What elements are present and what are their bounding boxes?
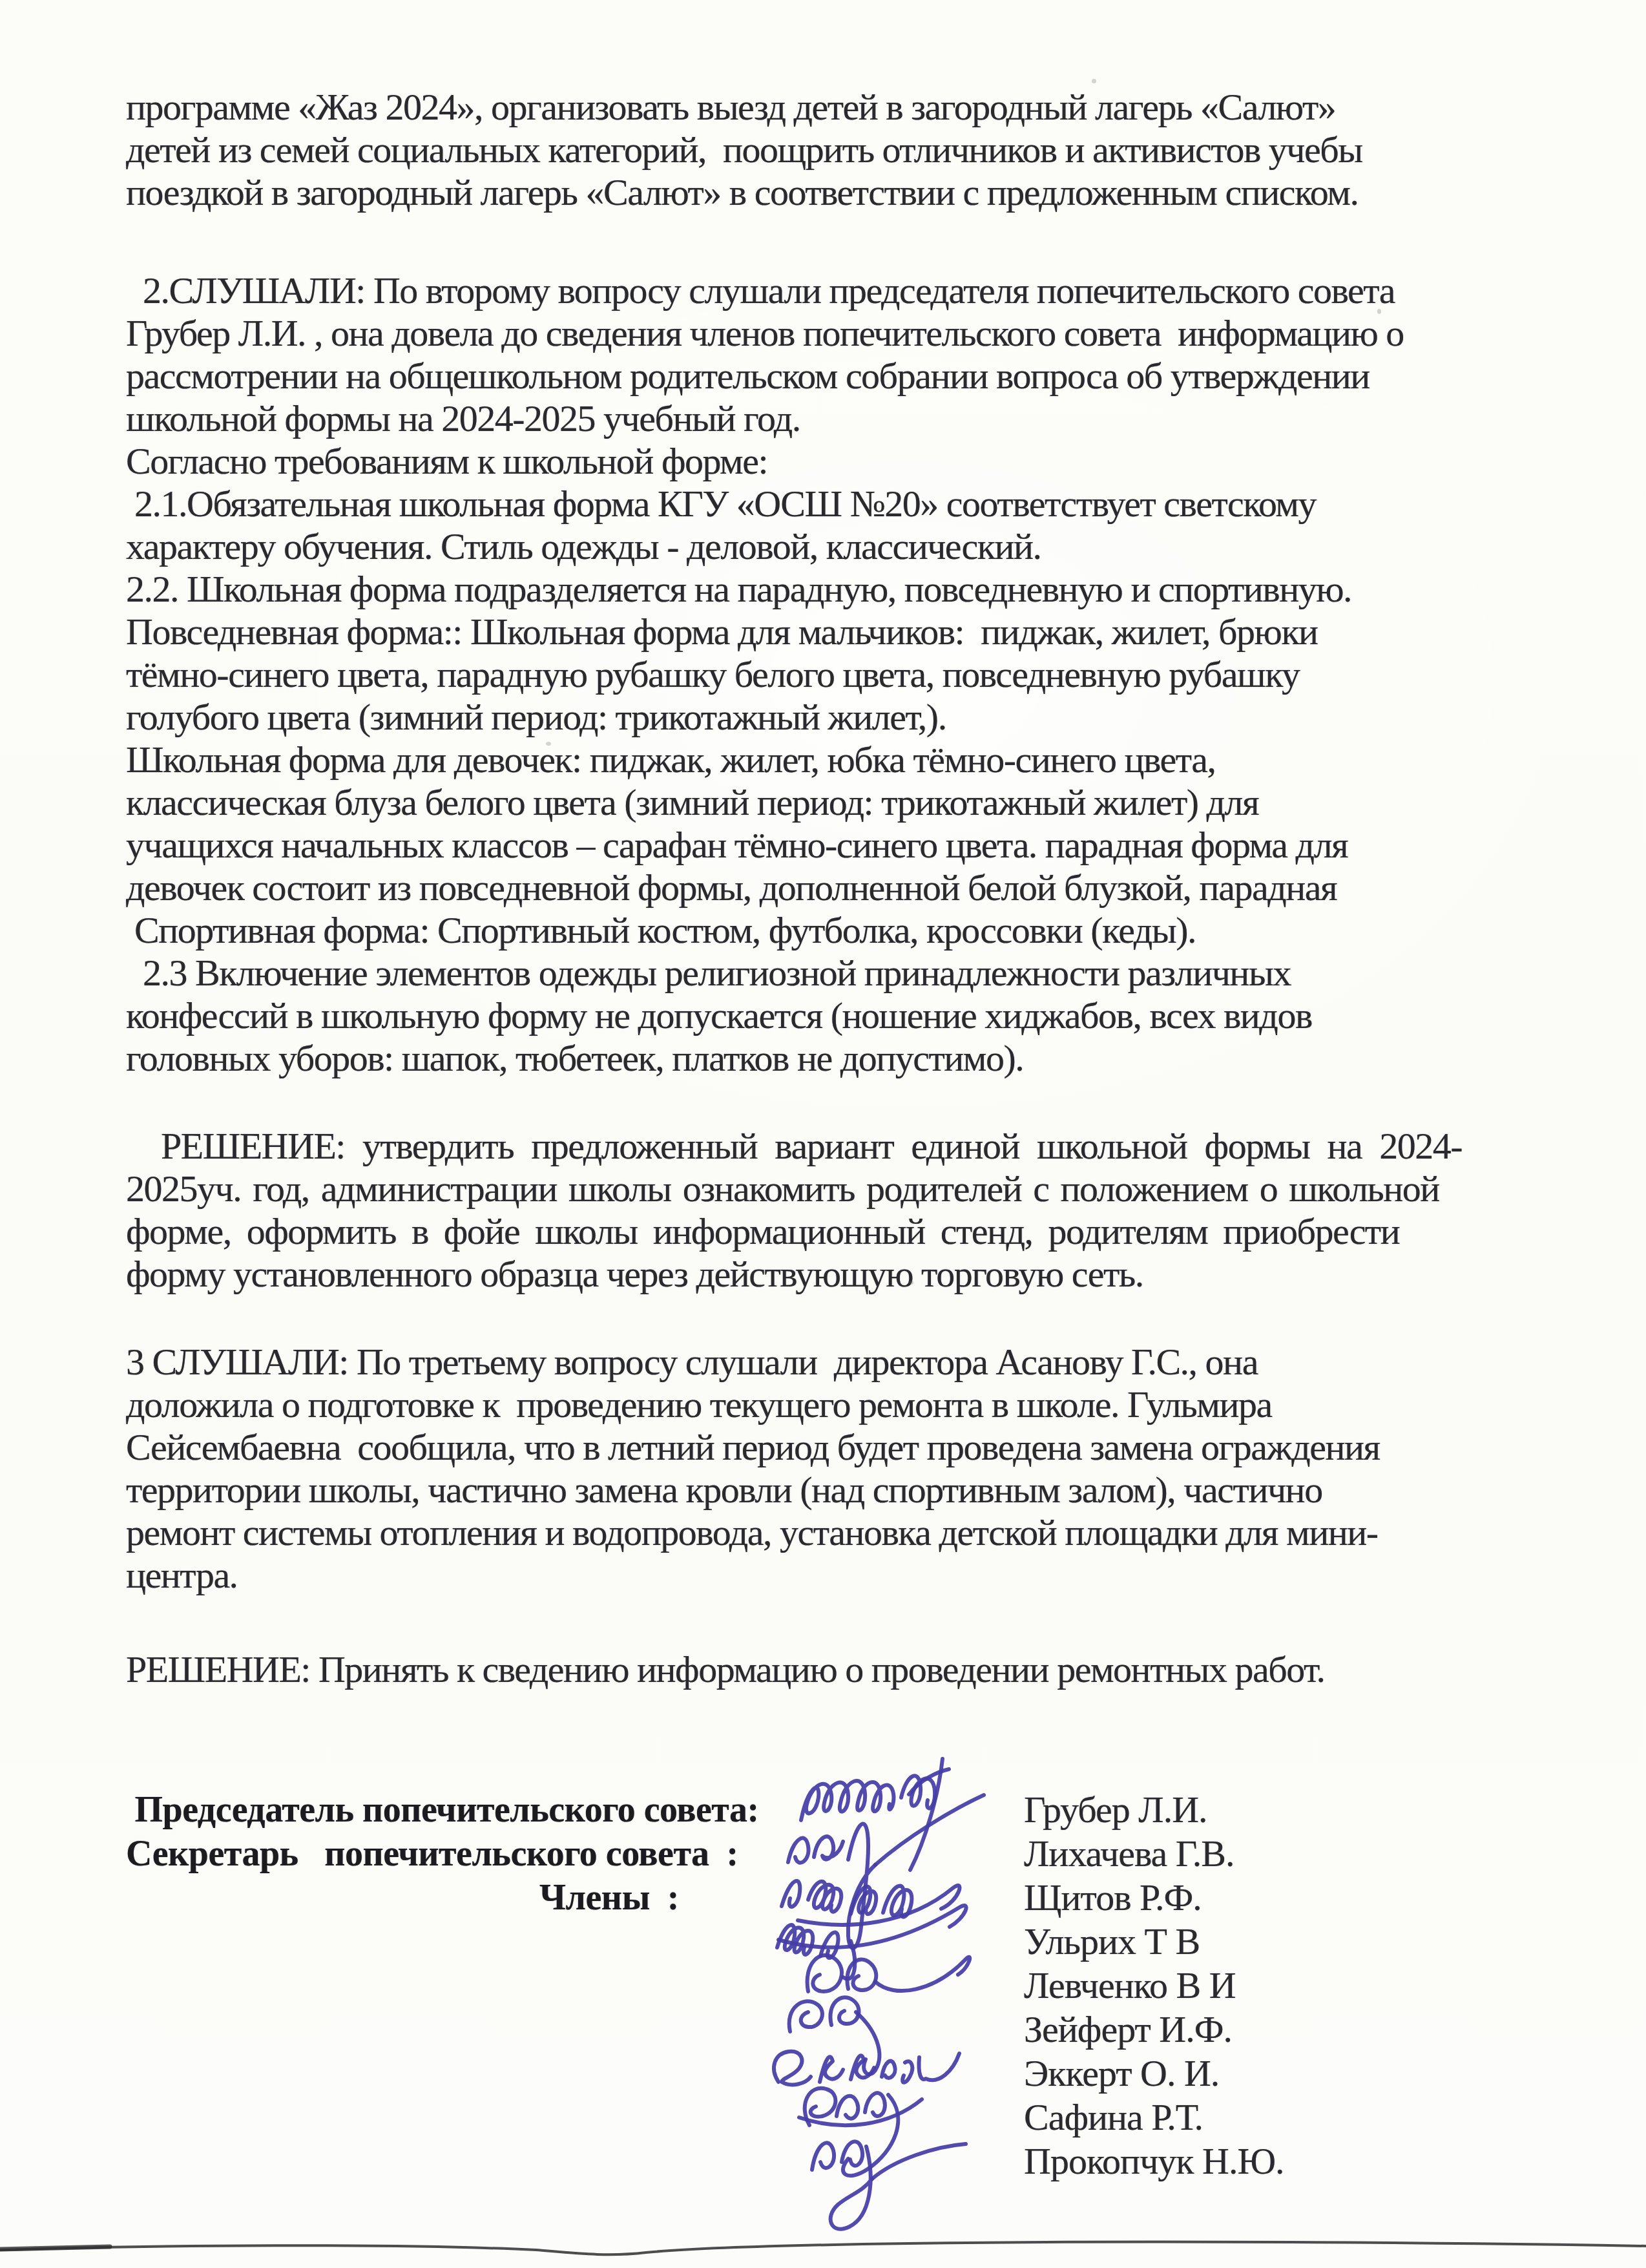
text-line: классическая блуза белого цвета (зимний … [126,781,1646,824]
scan-speck [546,742,551,746]
signing-row: Председатель попечительского совета: Гру… [126,1788,1612,1832]
signing-row: Эккерт О. И. [126,2052,1612,2095]
text-line: рассмотрении на общешкольном родительско… [126,355,1646,397]
paragraph-1: программе «Жаз 2024», организовать выезд… [126,86,1646,214]
text-line: голубого цвета (зимний период: трикотажн… [126,696,1646,739]
scanned-document-page: программе «Жаз 2024», организовать выезд… [0,0,1646,2268]
signer-name: Эккерт О. И. [1024,2052,1219,2095]
signing-row: Сафина Р.Т. [126,2095,1612,2139]
text-line: 2.3 Включение элементов одежды религиозн… [126,952,1646,994]
text-line: ремонт системы отопления и водопровода, … [126,1511,1646,1554]
paragraph-3-slushali: 3 СЛУШАЛИ: По третьему вопросу слушали д… [126,1341,1646,1597]
resolution-line: РЕШЕНИЕ: утвердить предложенный вариант … [126,1125,1646,1168]
text-line: 3 СЛУШАЛИ: По третьему вопросу слушали д… [126,1341,1646,1383]
signing-row: Секретарь попечительского совета : Лихач… [126,1832,1612,1876]
scan-speck [1092,79,1096,83]
signature-block: Председатель попечительского совета: Гру… [126,1788,1612,2183]
text-line: 2.1.Обязательная школьная форма КГУ «ОСШ… [126,483,1646,525]
text-line: Грубер Л.И. , она довела до сведения чле… [126,312,1646,355]
resolution-2: РЕШЕНИЕ: Принять к сведению информацию о… [126,1648,1646,1691]
text-line: Спортивная форма: Спортивный костюм, фут… [126,909,1646,952]
signer-name: Сафина Р.Т. [1024,2095,1203,2139]
signer-name: Щитов Р.Ф. [1024,1876,1202,1920]
signing-role-label: Председатель попечительского совета: [126,1788,759,1832]
resolution-line: форме, оформить в фойе школы информацион… [126,1210,1646,1253]
text-line: поездкой в загородный лагерь «Салют» в с… [126,171,1646,214]
text-line: Согласно требованиям к школьной форме: [126,440,1646,483]
signer-name: Левченко В И [1024,1964,1236,2008]
document-body: программе «Жаз 2024», организовать выезд… [0,0,1646,2183]
text-line: программе «Жаз 2024», организовать выезд… [126,86,1646,129]
text-line: доложила о подготовке к проведению текущ… [126,1383,1646,1426]
resolution-line: 2025уч. год, администрации школы ознаком… [126,1168,1646,1210]
signer-name: Лихачева Г.В. [1024,1832,1234,1876]
text-line: учащихся начальных классов – сарафан тём… [126,824,1646,866]
text-line: территории школы, частично замена кровли… [126,1469,1646,1511]
resolution-1: РЕШЕНИЕ: утвердить предложенный вариант … [126,1125,1646,1296]
text-line: конфессий в школьную форму не допускаетс… [126,994,1646,1037]
text-line: девочек состоит из повседневной формы, д… [126,866,1646,909]
signing-row: Прокопчук Н.Ю. [126,2139,1612,2183]
text-line: тёмно-синего цвета, парадную рубашку бел… [126,653,1646,696]
text-line: 2.2. Школьная форма подразделяется на па… [126,568,1646,611]
text-line: школьной формы на 2024-2025 учебный год. [126,397,1646,440]
text-line: центра. [126,1554,1646,1597]
text-line: Школьная форма для девочек: пиджак, жиле… [126,739,1646,781]
scan-speck [910,1281,913,1285]
signer-name: Грубер Л.И. [1024,1788,1207,1832]
resolution-line: РЕШЕНИЕ: Принять к сведению информацию о… [126,1648,1646,1691]
paragraph-2-slushali: 2.СЛУШАЛИ: По второму вопросу слушали пр… [126,269,1646,1080]
signing-role-label: Члены : [539,1876,679,1920]
scan-speck [1377,309,1381,314]
signer-name: Зейферт И.Ф. [1024,2008,1232,2052]
signer-name: Ульрих Т В [1024,1920,1200,1964]
resolution-line: форму установленного образца через дейст… [126,1253,1646,1296]
signing-row: Левченко В И [126,1964,1612,2008]
signing-role-label: Секретарь попечительского совета : [126,1832,738,1876]
text-line: характеру обучения. Стиль одежды - делов… [126,525,1646,568]
text-line: головных уборов: шапок, тюбетеек, платко… [126,1037,1646,1080]
text-line: 2.СЛУШАЛИ: По второму вопросу слушали пр… [126,269,1646,312]
signing-row: Зейферт И.Ф. [126,2008,1612,2052]
scan-bottom-edge [0,2223,1646,2268]
text-line: детей из семей социальных категорий, поо… [126,129,1646,171]
signing-row: Ульрих Т В [126,1920,1612,1964]
text-line: Сейсембаевна сообщила, что в летний пери… [126,1426,1646,1469]
signing-row: Члены : Щитов Р.Ф. [126,1876,1612,1920]
signer-name: Прокопчук Н.Ю. [1024,2139,1284,2183]
text-line: Повседневная форма:: Школьная форма для … [126,611,1646,653]
